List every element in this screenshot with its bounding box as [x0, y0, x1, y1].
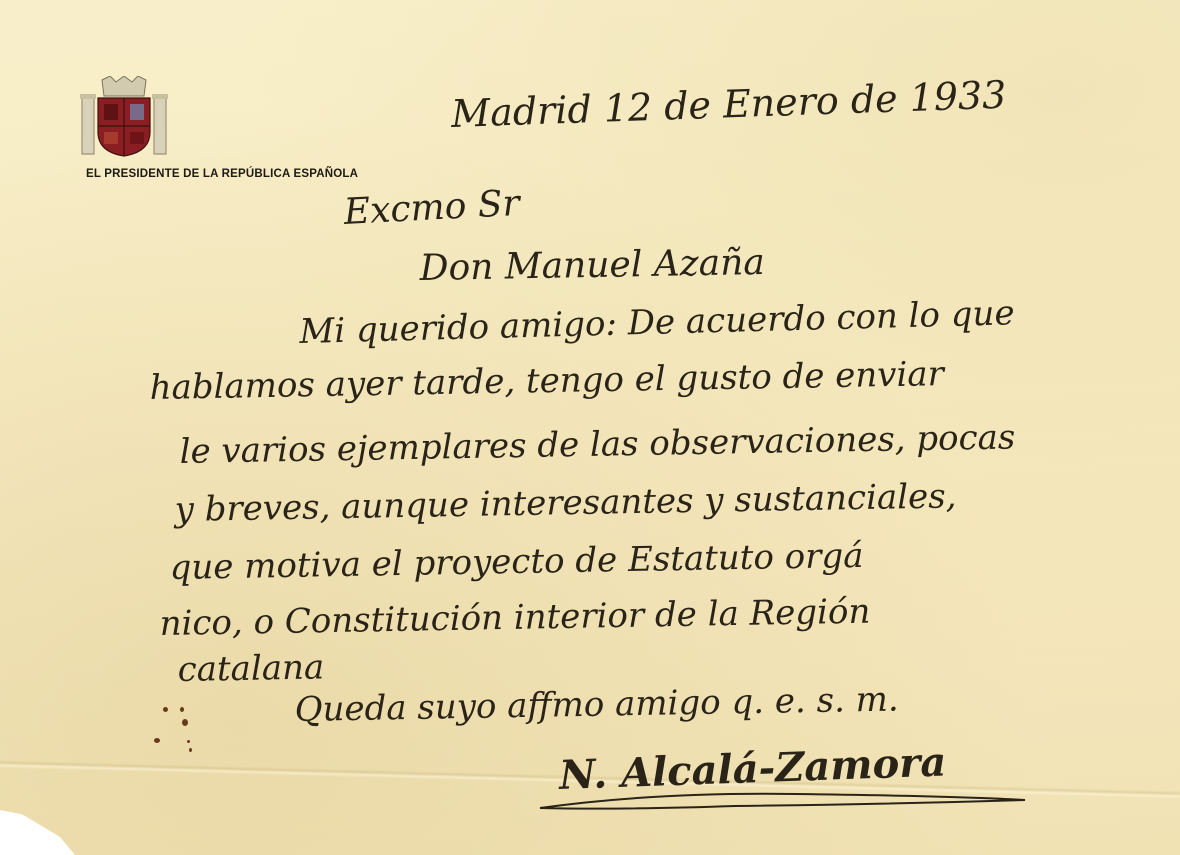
letterhead-title: EL PRESIDENTE DE LA REPÚBLICA ESPAÑOLA: [86, 168, 358, 180]
ink-stain: [154, 738, 160, 743]
ink-stain: [163, 707, 168, 712]
ink-stain: [182, 719, 188, 726]
body-line: catalana: [177, 647, 324, 690]
coat-of-arms-icon: [80, 76, 168, 158]
ink-stain: [189, 748, 192, 752]
signature-flourish-icon: [535, 770, 1035, 820]
ink-stain: [187, 740, 190, 743]
ink-stain: [180, 707, 184, 712]
salutation-recipient: Don Manuel Azaña: [419, 242, 765, 289]
